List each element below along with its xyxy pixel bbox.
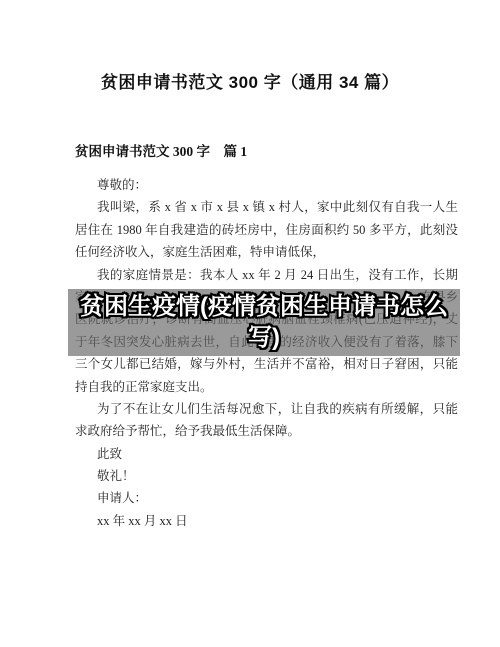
section-heading: 贫困申请书范文 300 字 篇 1 [75, 140, 247, 160]
page-title: 贫困申请书范文 300 字（通用 34 篇） [0, 68, 500, 93]
document-line-signature: 申请人： [75, 487, 458, 509]
document-line-salute: 此致 [75, 443, 458, 465]
document-line: 为了不在让女儿们生活每况愈下，让自我的疾病有所缓解，只能请 [75, 398, 458, 420]
document-line: 三个女儿都已结婚，嫁与外村，生活并不富裕，相对日子窘困，只能维 [75, 353, 458, 375]
document-line: 持自我的正常家庭支出。 [75, 376, 458, 398]
overlay-banner-title-line1: 贫困生疫情(疫情贫困生申请书怎么 [68, 291, 460, 322]
overlay-banner-title: 贫困生疫情(疫情贫困生申请书怎么 写) [68, 291, 460, 353]
document-line: 任何经济收入，家庭生活困难，特申请低保， [75, 241, 458, 263]
overlay-banner: 贫困生疫情(疫情贫困生申请书怎么 写) [68, 289, 460, 356]
document-line: 居住在 1980 年自我建造的砖坯房中，住房面积约 50 多平方，此刻没有 [75, 219, 458, 241]
document-line: 我叫梁，系 x 省 x 市 x 县 x 镇 x 村人，家中此刻仅有自我一人生活， [75, 196, 458, 218]
document-line: 我的家庭情景是：我本人 xx 年 2 月 24 日出生，没有工作，长期在 [75, 264, 458, 286]
overlay-banner-title-line2: 写) [68, 322, 460, 353]
document-line: 求政府给予帮忙，给予我最低生活保障。 [75, 420, 458, 442]
document-line: 尊敬的： [75, 174, 458, 196]
document-page: 贫困申请书范文 300 字（通用 34 篇） 贫困申请书范文 300 字 篇 1… [0, 0, 500, 647]
document-line-date: xx 年 xx 月 xx 日 [75, 510, 458, 532]
document-line-salute: 敬礼！ [75, 465, 458, 487]
